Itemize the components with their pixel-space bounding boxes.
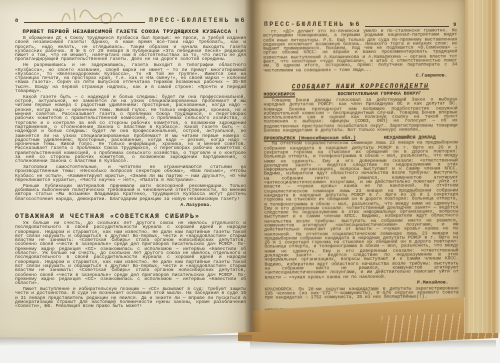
paragraph: гг. «ДС» делают это по-ленински умело и …: [263, 29, 457, 73]
signature: А.Лазурова.: [15, 203, 246, 208]
page-shadow: [250, 340, 496, 350]
paragraph: Уж больше ни счесть, до скольких лет дру…: [15, 222, 246, 286]
paragraph: Пишет выступление и избирательскую позиц…: [15, 288, 246, 309]
paragraph: Не разрешившись и не задержавшись, газет…: [15, 64, 246, 94]
header-rule: [24, 22, 145, 23]
correspondents-heading: СООБЩАЮТ НАШИ КОРРЕСПОНДЕНТЫ: [265, 82, 455, 90]
running-title: ПРЕСС-БЮЛЛЕТЕНЬ №6: [264, 21, 361, 28]
paragraph: В обращении ДС к Союзу трудящихся Кузбас…: [15, 37, 246, 63]
right-page: ПРЕСС-БЮЛЛЕТЕНЬ №6 9 гг. «ДС» делают это…: [253, 0, 465, 314]
running-header: ПРЕСС-БЮЛЛЕТЕНЬ №6 9: [253, 0, 465, 28]
section-heading: ОТВАЖНАЯ И ЧЕСТНАЯ «СОВЕТСКАЯ СИБИРЬ»: [15, 213, 246, 220]
header-rule: [365, 26, 449, 27]
running-header: 8 ПРЕСС-БЮЛЛЕТЕНЬ №6: [0, 0, 253, 24]
right-page-text-column: гг. «ДС» делают это по-ленински умело и …: [252, 29, 466, 326]
paragraph: На отчётном социалистическом семинаре ли…: [264, 141, 459, 280]
running-title: ПРЕСС-БЮЛЛЕТЕНЬ №6: [149, 17, 246, 24]
dateline-place: ПРОКОПЬЕВСК (Новосибирская обл.): [264, 135, 356, 141]
paragraph: КРАСНОЯРСК. По 28-ми округам кандидатами…: [265, 287, 459, 301]
open-book: 8 ПРЕСС-БЮЛЛЕТЕНЬ №6 ПРИВЕТ ПЕРВОЙ НЕЗАВ…: [0, 0, 500, 363]
paragraph: Раньше публикации материалов принимали ш…: [15, 185, 246, 202]
signature: С.Гаврилов.: [263, 73, 457, 79]
left-page: 8 ПРЕСС-БЮЛЛЕТЕНЬ №6 ПРИВЕТ ПЕРВОЙ НЕЗАВ…: [0, 0, 253, 341]
book-fore-edge: [464, 0, 500, 333]
left-page-number: 8: [15, 18, 20, 24]
article-title: ПРИВЕТ ПЕРВОЙ НЕЗАВИСИМОЙ ГАЗЕТЕ СОЮЗА Т…: [21, 28, 240, 35]
paragraph: Заголовки самостоятельные, и читатели не…: [15, 166, 246, 183]
signature: Р.Михайлов.: [265, 280, 459, 286]
left-page-text-column: ПРИВЕТ ПЕРВОЙ НЕЗАВИСИМОЙ ГАЗЕТЕ СОЮЗА Т…: [0, 28, 253, 309]
dateline-place: НОВОСИБИРСК: [263, 92, 295, 97]
paragraph: Какой газете быть — с надеждой и болью с…: [15, 96, 246, 165]
item-title: ВОСПИТАТЕЛЬНАЯ ГОРЯЧКА ВОКРУГ: [301, 91, 457, 97]
photo-of-press-bulletin: 8 ПРЕСС-БЮЛЛЕТЕНЬ №6 ПРИВЕТ ПЕРВОЙ НЕЗАВ…: [0, 0, 500, 363]
right-page-number: 9: [453, 22, 458, 28]
paragraph: Товарищ Бонев дважды голосовал за действ…: [264, 98, 458, 134]
